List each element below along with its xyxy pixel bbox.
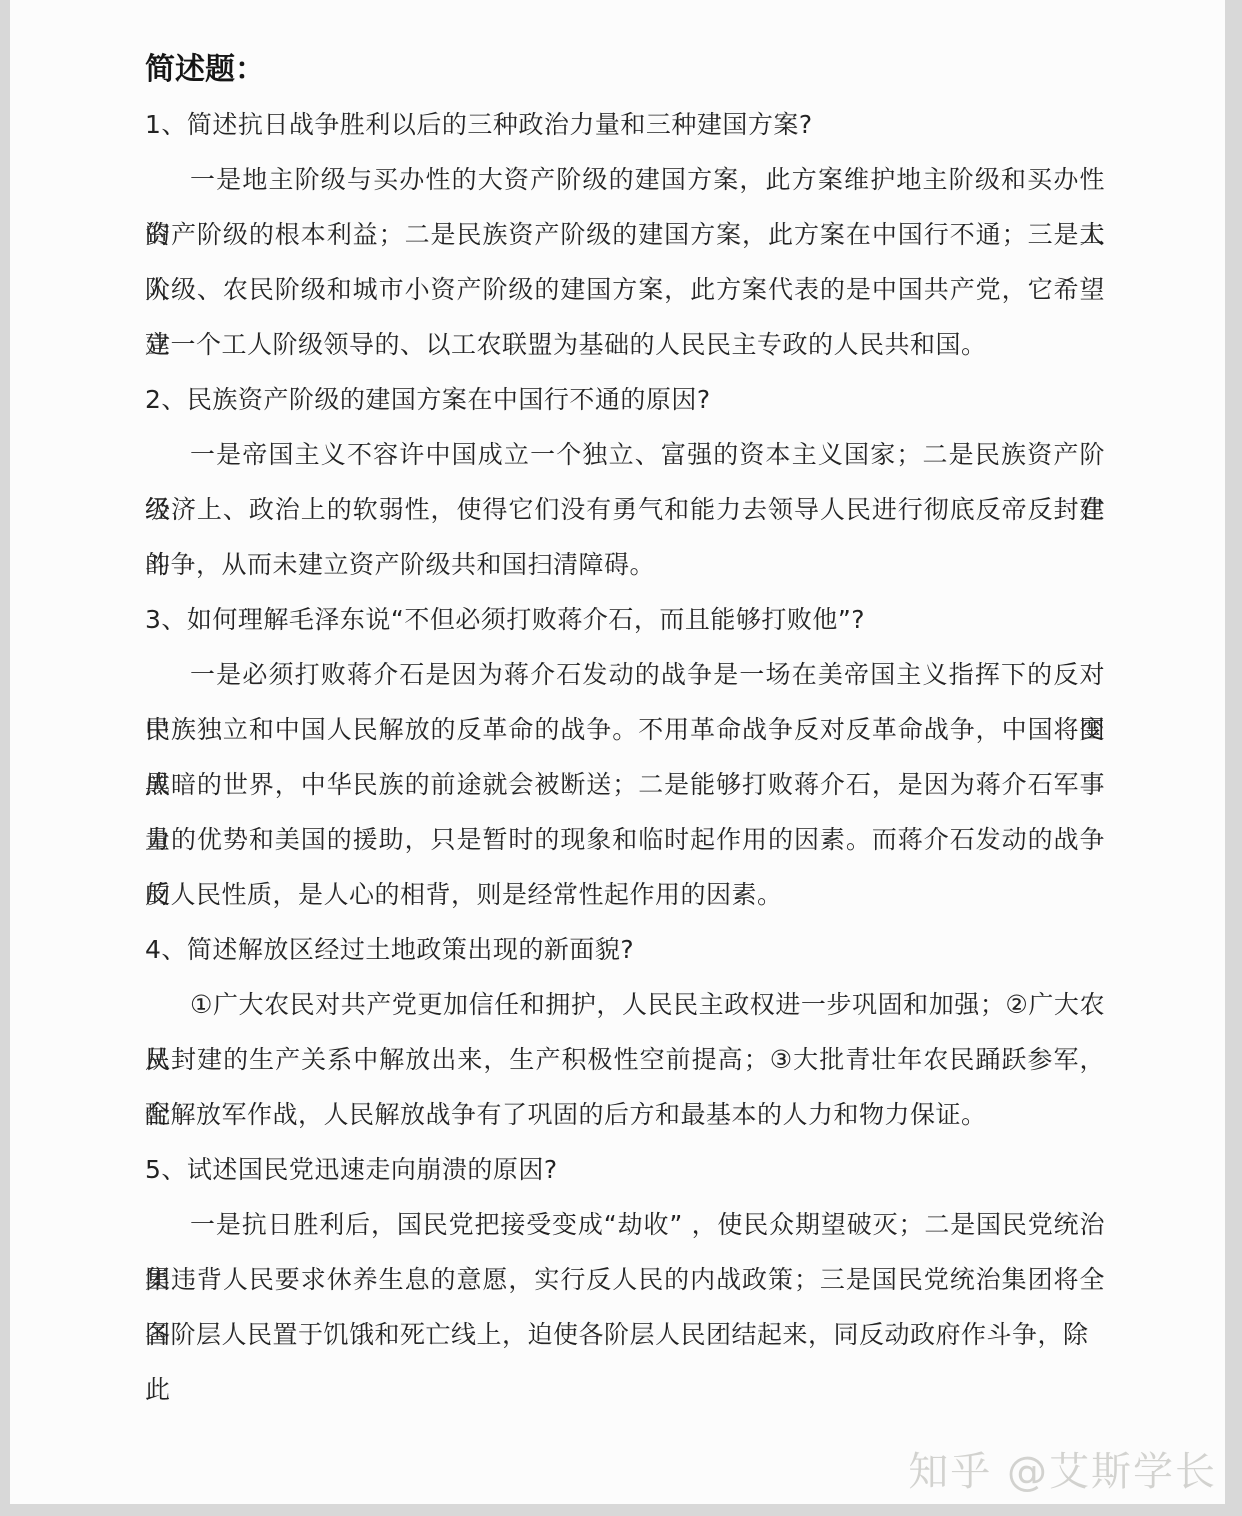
- document-page: 简述题： 1、简述抗日战争胜利以后的三种政治力量和三种建国方案? 一是地主阶级与…: [10, 0, 1225, 1504]
- answer-2-line-1: 一是帝国主义不容许中国成立一个独立、富强的资本主义国家；二是民族资产阶级在: [145, 427, 1105, 482]
- answer-5-line-3: 各阶层人民置于饥饿和死亡线上，迫使各阶层人民团结起来，同反动政府作斗争，除此: [145, 1307, 1105, 1362]
- answer-3-line-3: 黑暗的世界，中华民族的前途就会被断送；二是能够打败蒋介石，是因为蒋介石军事力: [145, 757, 1105, 812]
- answer-5-line-1: 一是抗日胜利后，国民党把接受变成“劫收” ，使民众期望破灭；二是国民党统治集: [145, 1197, 1105, 1252]
- answer-5-line-2: 团违背人民要求休养生息的意愿，实行反人民的内战政策；三是国民党统治集团将全国: [145, 1252, 1105, 1307]
- answer-1-line-3: 阶级、农民阶级和城市小资产阶级的建国方案，此方案代表的是中国共产党，它希望建: [145, 262, 1105, 317]
- answer-4-line-3: 合解放军作战，人民解放战争有了巩固的后方和最基本的人力和物力保证。: [145, 1087, 1105, 1142]
- question-5-line: 5、试述国民党迅速走向崩溃的原因?: [145, 1142, 1105, 1197]
- answer-3-line-1: 一是必须打败蒋介石是因为蒋介石发动的战争是一场在美帝国主义指挥下的反对中国: [145, 647, 1105, 702]
- answer-2-line-2: 经济上、政治上的软弱性，使得它们没有勇气和能力去领导人民进行彻底反帝反封建的: [145, 482, 1105, 537]
- screenshot-root: { "document": { "title": "简述题：", "lines"…: [0, 0, 1242, 1516]
- question-2-line: 2、民族资产阶级的建国方案在中国行不通的原因?: [145, 372, 1105, 427]
- section-title: 简述题：: [145, 42, 1105, 97]
- answer-4-line-2: 从封建的生产关系中解放出来，生产积极性空前提高；③大批青壮年农民踊跃参军，配: [145, 1032, 1105, 1087]
- answer-3-line-5: 反人民性质，是人心的相背，则是经常性起作用的因素。: [145, 867, 1105, 922]
- answer-1-line-4: 立一个工人阶级领导的、以工农联盟为基础的人民民主专政的人民共和国。: [145, 317, 1105, 372]
- question-3-line: 3、如何理解毛泽东说“不但必须打败蒋介石，而且能够打败他”?: [145, 592, 1105, 647]
- answer-3-line-4: 量的优势和美国的援助，只是暂时的现象和临时起作用的因素。而蒋介石发动的战争的: [145, 812, 1105, 867]
- question-4-line: 4、简述解放区经过土地政策出现的新面貌?: [145, 922, 1105, 977]
- answer-1-line-2: 资产阶级的根本利益；二是民族资产阶级的建国方案，此方案在中国行不通；三是工人: [145, 207, 1105, 262]
- answer-1-line-1: 一是地主阶级与买办性的大资产阶级的建国方案，此方案维护地主阶级和买办性的大: [145, 152, 1105, 207]
- document-content: 简述题： 1、简述抗日战争胜利以后的三种政治力量和三种建国方案? 一是地主阶级与…: [145, 42, 1105, 1362]
- answer-2-line-3: 斗争，从而未建立资产阶级共和国扫清障碍。: [145, 537, 1105, 592]
- answer-3-line-2: 民族独立和中国人民解放的反革命的战争。不用革命战争反对反革命战争，中国将变成: [145, 702, 1105, 757]
- question-1-line: 1、简述抗日战争胜利以后的三种政治力量和三种建国方案?: [145, 97, 1105, 152]
- answer-4-line-1: ①广大农民对共产党更加信任和拥护，人民民主政权进一步巩固和加强；②广大农民: [145, 977, 1105, 1032]
- zhihu-watermark: 知乎 @艾斯学长: [908, 1440, 1217, 1497]
